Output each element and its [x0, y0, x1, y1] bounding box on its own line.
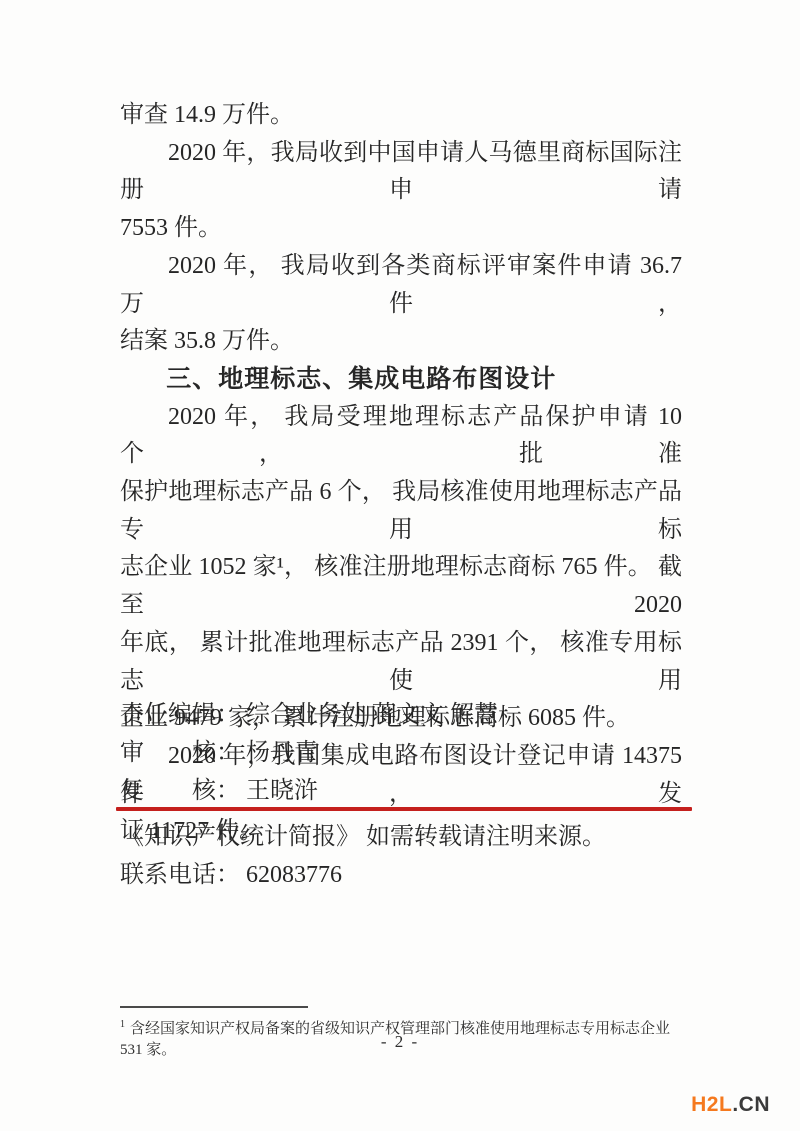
checker-line: 复 核： 王晓浒 [120, 772, 682, 810]
editor-info: 责任编辑： 综合业务处 蒋文文 解慧 审 核： 杨丹青 复 核： 王晓浒 《知识… [120, 696, 682, 894]
paragraph-line: 审查 14.9 万件。 [120, 97, 682, 135]
watermark-secondary: .CN [732, 1093, 770, 1116]
paragraph-line: 保护地理标志产品 6 个， 我局核准使用地理标志产品专用标 [120, 474, 682, 549]
paragraph-line: 志企业 1052 家¹， 核准注册地理标志商标 765 件。 截至 2020 [120, 549, 682, 624]
reviewer-line: 审 核： 杨丹青 [120, 734, 682, 772]
footnote-divider-line [120, 1006, 308, 1008]
paragraph-line: 年底， 累计批准地理标志产品 2391 个， 核准专用标志使用 [120, 625, 682, 700]
section-heading: 三、地理标志、集成电路布图设计 [120, 361, 682, 399]
reprint-notice: 《知识产权统计简报》 如需转载请注明来源。 [120, 818, 682, 856]
contact-phone: 联系电话： 62083776 [120, 856, 682, 894]
watermark: H2L.CN [691, 1093, 770, 1117]
paragraph-line: 2020 年， 我局收到各类商标评审案件申请 36.7 万件， [120, 248, 682, 323]
paragraph-line: 2020 年，我局收到中国申请人马德里商标国际注册申请 [120, 135, 682, 210]
paragraph-line: 2020 年， 我局受理地理标志产品保护申请 10 个， 批准 [120, 399, 682, 474]
page-number: - 2 - [0, 1032, 800, 1052]
watermark-primary: H2L [691, 1093, 732, 1116]
paragraph-line: 7553 件。 [120, 210, 682, 248]
paragraph-line: 结案 35.8 万件。 [120, 323, 682, 361]
red-divider-line [116, 807, 692, 811]
document-page: 审查 14.9 万件。 2020 年，我局收到中国申请人马德里商标国际注册申请 … [0, 0, 800, 1131]
editor-line: 责任编辑： 综合业务处 蒋文文 解慧 [120, 696, 682, 734]
footnote-marker: 1 [120, 1019, 125, 1030]
